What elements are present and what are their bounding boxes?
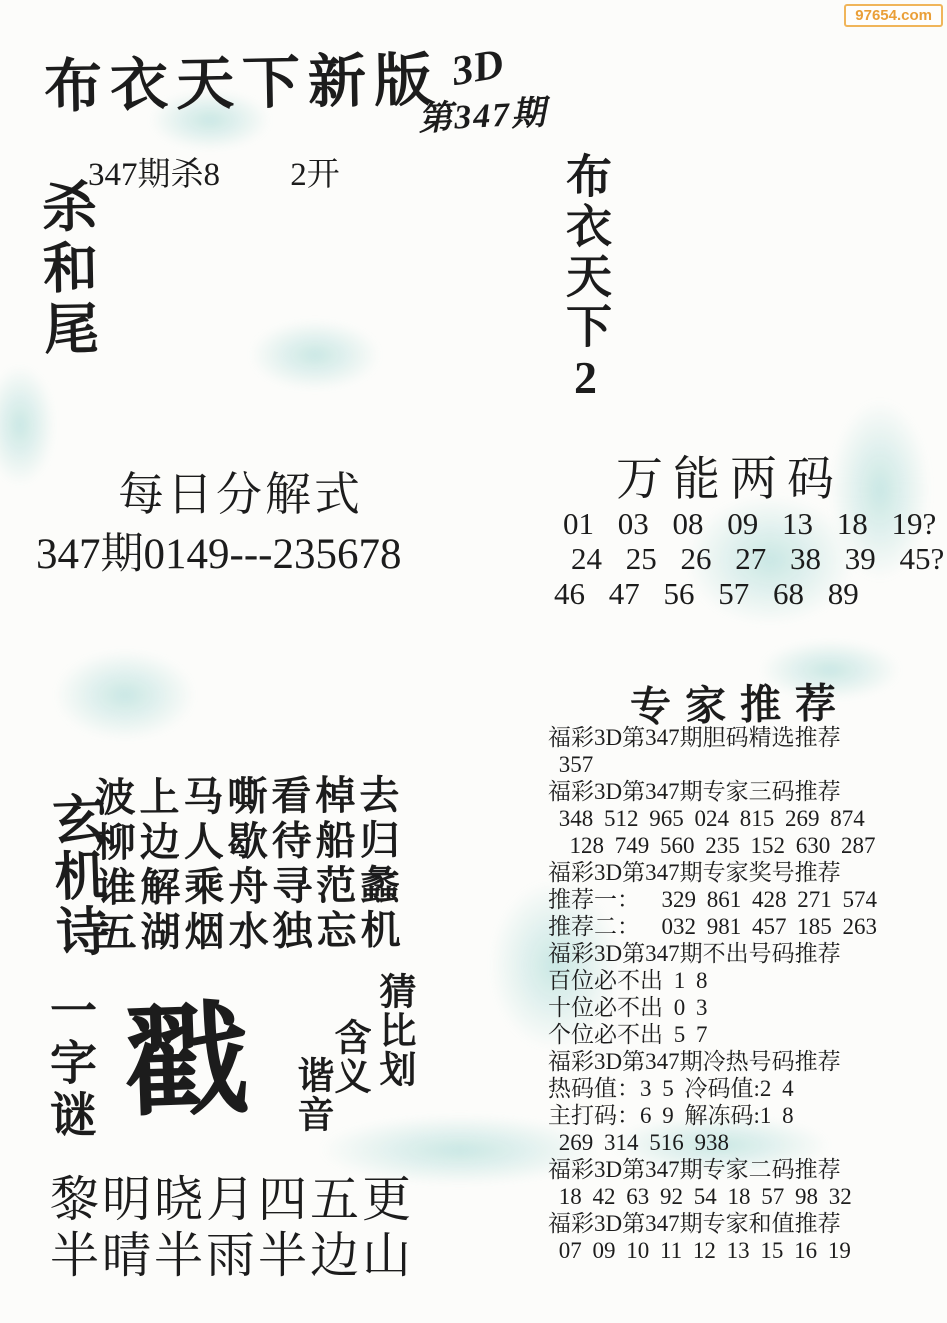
expert-line: 269 314 516 938 [548, 1129, 944, 1156]
expert-line: 十位必不出 0 3 [548, 994, 944, 1021]
expert-line: 348 512 965 024 815 269 874 [548, 805, 944, 832]
expert-line: 福彩3D第347期胆码精选推荐 [548, 724, 944, 751]
expert-line: 福彩3D第347期专家和值推荐 [548, 1210, 944, 1237]
expert-line: 07 09 10 11 12 13 15 16 19 [548, 1237, 944, 1264]
expert-line: 福彩3D第347期冷热号码推荐 [548, 1048, 944, 1075]
expert-line: 128 749 560 235 152 630 287 [548, 832, 944, 859]
kill-number-line: 347期杀8 2开 [88, 148, 340, 195]
expert-line: 主打码：6 9 解冻码:1 8 [548, 1102, 944, 1129]
site-url: 97654.com [855, 7, 932, 24]
daily-decompose-title: 每日分解式 [118, 458, 363, 524]
expert-line: 推荐一： 329 861 428 271 574 [548, 886, 944, 913]
expert-line: 357 [548, 751, 944, 778]
universal-two-codes-row: 46 47 56 57 68 89 [554, 576, 859, 612]
universal-two-codes-title: 万能两码 [616, 442, 844, 509]
mystery-poem-line: 柳边人歇待船归 [96, 818, 404, 866]
riddle-label: 一字谜 [36, 986, 103, 1142]
universal-two-codes-row: 01 03 08 09 13 18 19? [563, 506, 936, 542]
riddle-answer-char: 戳 [124, 1000, 250, 1126]
site-watermark-badge: 97654.com [844, 4, 943, 27]
bottom-poem-line: 黎明晓月四五更 [50, 1172, 414, 1228]
expert-line: 福彩3D第347期专家奖号推荐 [548, 859, 944, 886]
expert-line: 福彩3D第347期不出号码推荐 [548, 940, 944, 967]
universal-two-codes-row: 24 25 26 27 38 39 45? [571, 541, 944, 577]
scan-smudge [55, 650, 195, 740]
expert-line: 福彩3D第347期专家三码推荐 [548, 778, 944, 805]
expert-line: 热码值：3 5 冷码值:2 4 [548, 1075, 944, 1102]
bottom-poem-line: 半晴半雨半边山 [50, 1228, 414, 1284]
kill-text: 347期杀8 [88, 157, 220, 193]
expert-line: 推荐二： 032 981 457 185 263 [548, 913, 944, 940]
expert-line: 18 42 63 92 54 18 57 98 32 [548, 1183, 944, 1210]
mystery-poem-line: 波上马嘶看棹去 [95, 773, 403, 821]
issue-number-label: 第347期 [417, 85, 548, 141]
riddle-hint: 谐音 [284, 1056, 338, 1134]
kill-tail-vertical: 杀和尾 [24, 177, 106, 361]
bottom-poem-block: 黎明晓月四五更 半晴半雨半边山 [50, 1172, 414, 1284]
expert-line: 个位必不出 5 7 [548, 1021, 944, 1048]
scan-smudge [250, 320, 380, 390]
mystery-poem-line: 谁解乘舟寻范蠡 [96, 863, 404, 911]
masthead-title: 布衣天下新版 [43, 33, 440, 124]
expert-recommend-block: 福彩3D第347期胆码精选推荐 357 福彩3D第347期专家三码推荐 348 … [548, 724, 944, 1264]
mystery-poem-line: 五湖烟水独忘机 [96, 908, 404, 956]
expert-line: 百位必不出 1 8 [548, 967, 944, 994]
brand-vertical: 布衣天下2 [552, 152, 618, 407]
expert-line: 福彩3D第347期专家二码推荐 [548, 1156, 944, 1183]
open-text: 2开 [290, 157, 340, 193]
scan-smudge [0, 365, 55, 485]
mystery-poem-block: 波上马嘶看棹去 柳边人歇待船归 谁解乘舟寻范蠡 五湖烟水独忘机 [95, 773, 405, 956]
daily-decompose-formula: 347期0149---235678 [36, 520, 401, 581]
lottery-tip-sheet: 97654.com 布衣天下新版 3D 第347期 347期杀8 2开 杀和尾 … [0, 0, 947, 1323]
